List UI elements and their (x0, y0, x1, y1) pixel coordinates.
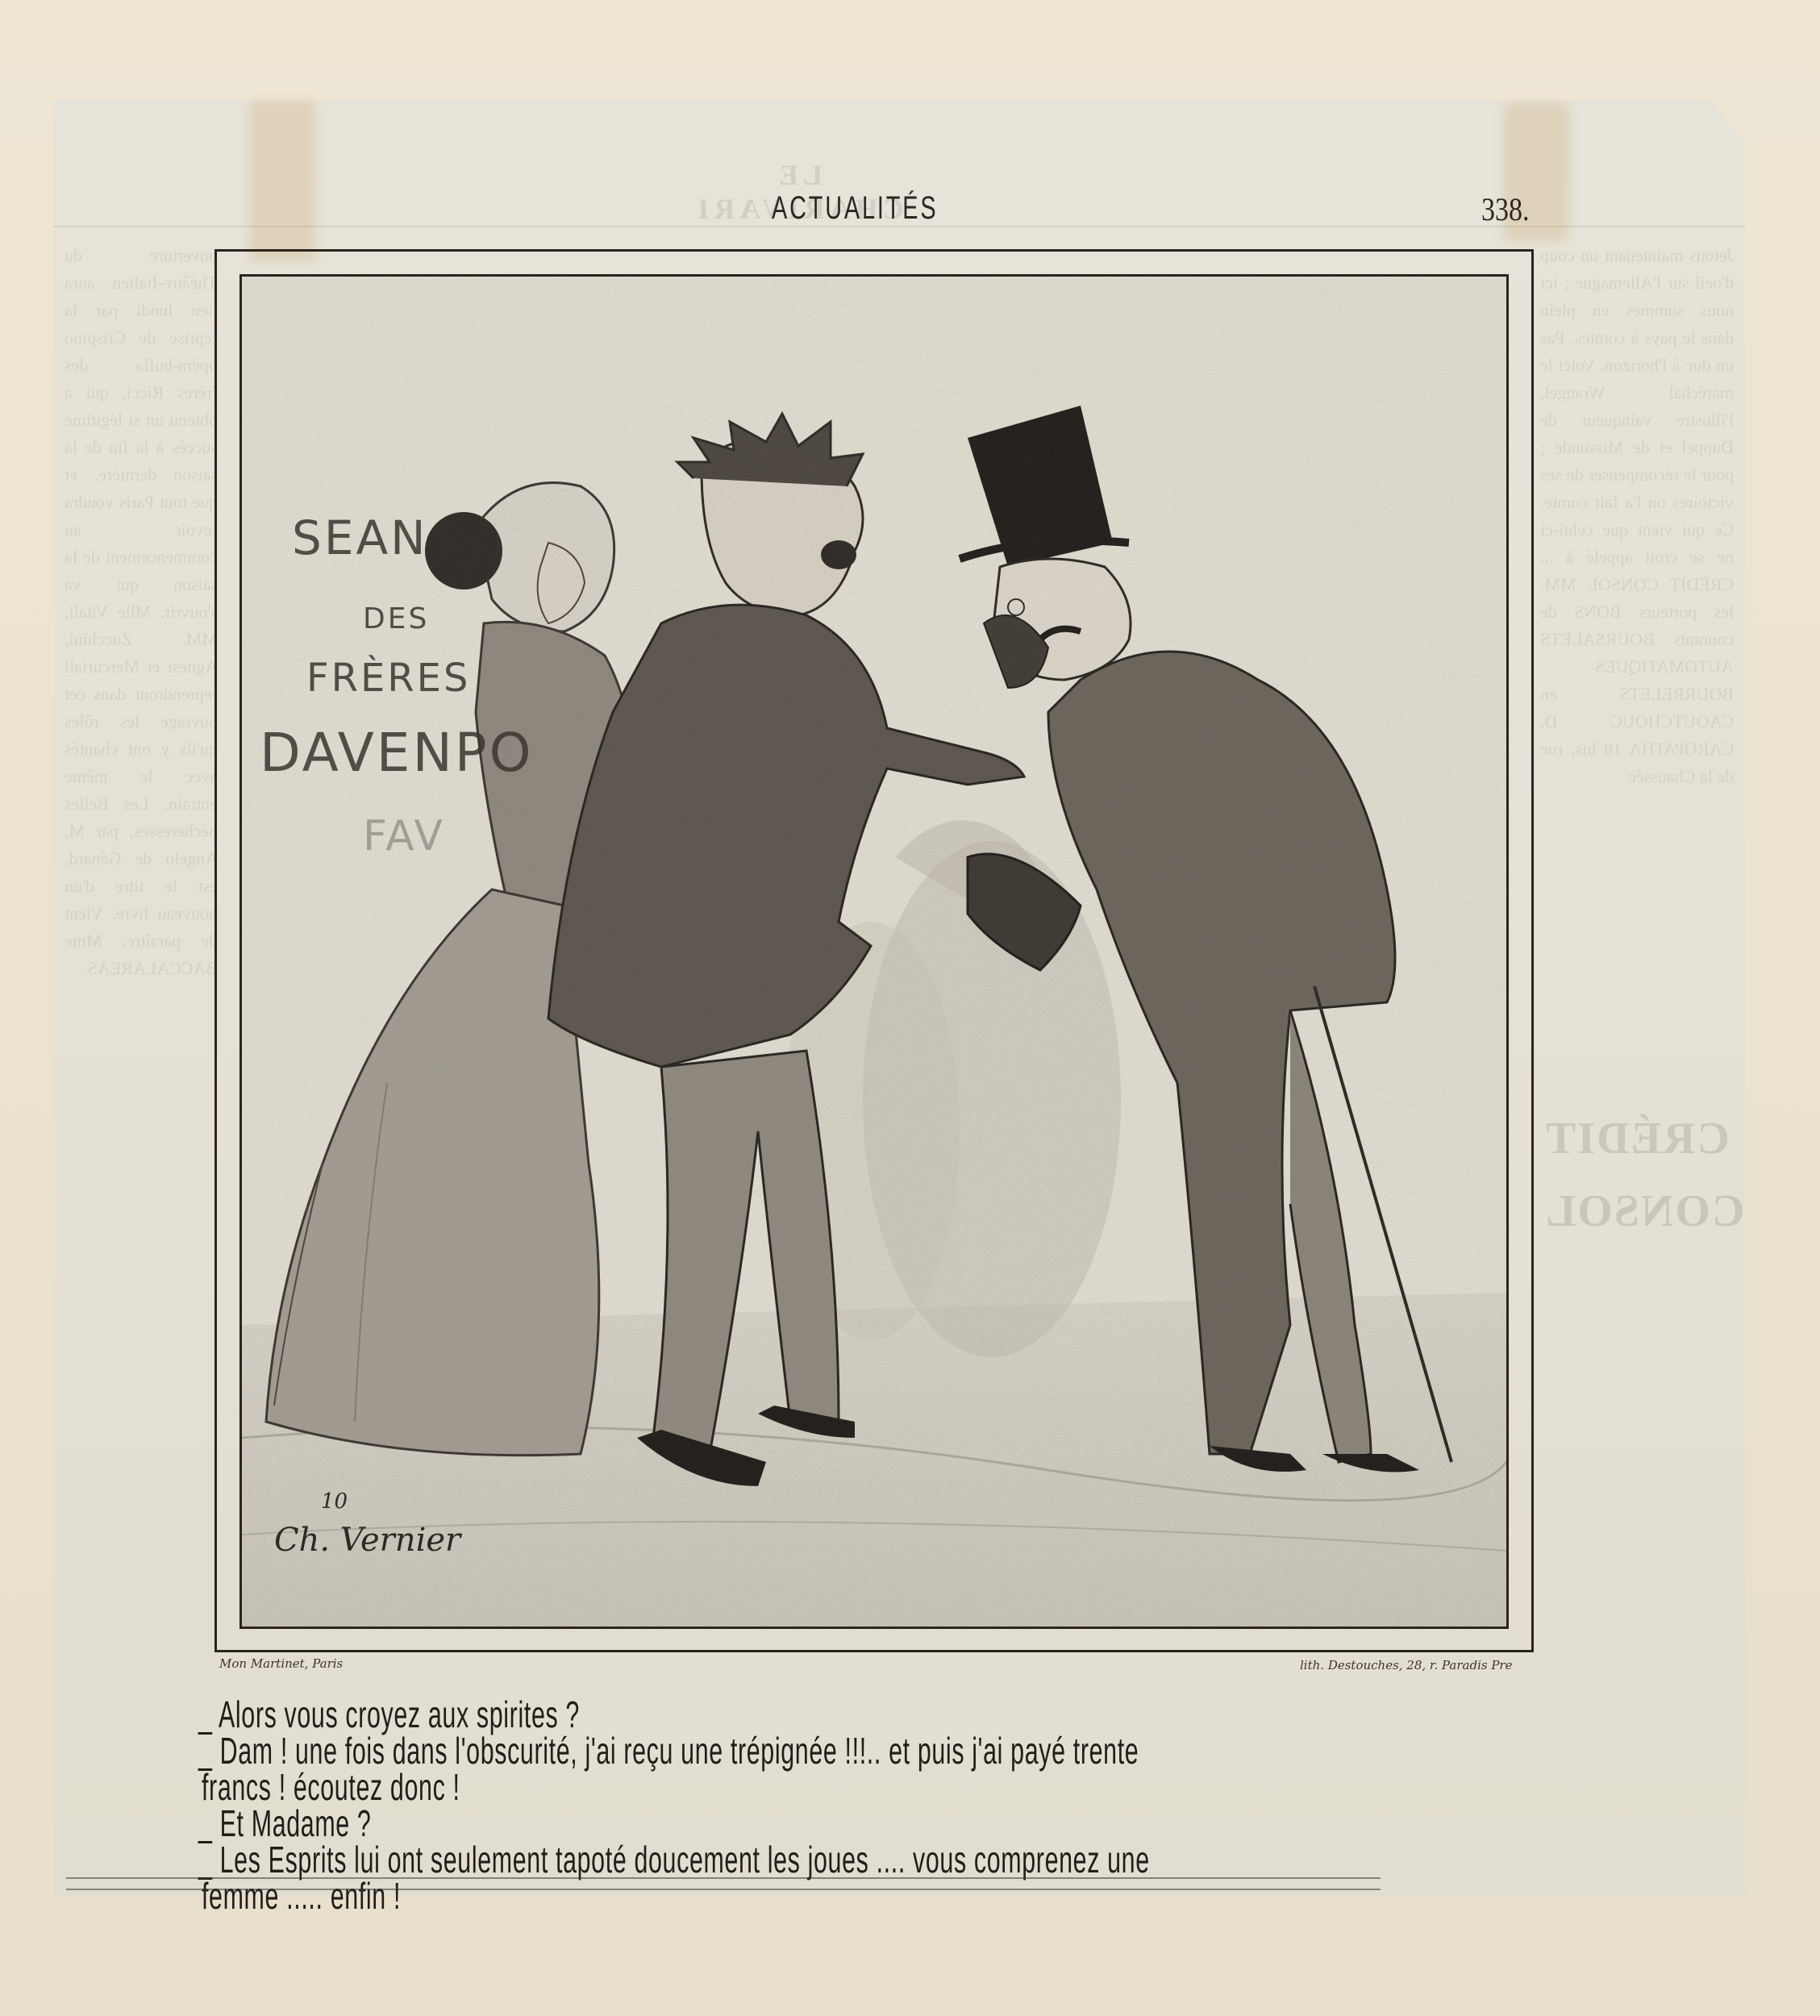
poster-text: FRÈRES (306, 656, 470, 701)
caption-line: _ Dam ! une fois dans l'obscurité, j'ai … (198, 1733, 1156, 1769)
illustration-frame: SEAN DES FRÈRES DAVENPO FAV 10 Ch. Verni… (239, 274, 1509, 1629)
caption-line: francs ! écoutez donc ! (198, 1769, 1156, 1806)
bleed-through-heading: CONSOL (1544, 1185, 1745, 1237)
artist-signature: Ch. Vernier (274, 1522, 460, 1559)
bottom-rule (66, 1877, 1381, 1879)
lithograph-illustration (242, 277, 1506, 1627)
page-number: 338. (1481, 190, 1530, 228)
poster-text: SEAN (292, 510, 428, 565)
caption-line: femme ..... enfin ! (198, 1878, 1156, 1914)
poster-text: FAV (363, 812, 445, 860)
printer-credit-right: lith. Destouches, 28, r. Paradis Pre (1300, 1658, 1512, 1672)
bleed-through-left-column: ouverture du Théâtre-Italien aura lieu l… (65, 242, 218, 1855)
plate-number: 10 (321, 1489, 348, 1514)
poster-text: DES (363, 602, 429, 635)
paper-stain (250, 100, 314, 261)
section-title: ACTUALITÉS (772, 190, 938, 227)
printer-credit-left: Mon Martinet, Paris (219, 1656, 343, 1671)
poster-text: DAVENPO (260, 722, 534, 784)
caption-line: _ Alors vous croyez aux spirites ? (198, 1697, 1156, 1733)
bottom-rule (66, 1889, 1381, 1890)
bleed-through-right-column: Jetons maintenant un coup d'oeil sur l'A… (1540, 242, 1734, 1855)
caption-line: _ Les Esprits lui ont seulement tapoté d… (198, 1842, 1156, 1878)
caption-line: _ Et Madame ? (198, 1806, 1156, 1842)
bleed-through-heading: CRÉDIT (1544, 1113, 1730, 1164)
caption-dialogue: _ Alors vous croyez aux spirites ? _ Dam… (198, 1697, 1650, 1914)
